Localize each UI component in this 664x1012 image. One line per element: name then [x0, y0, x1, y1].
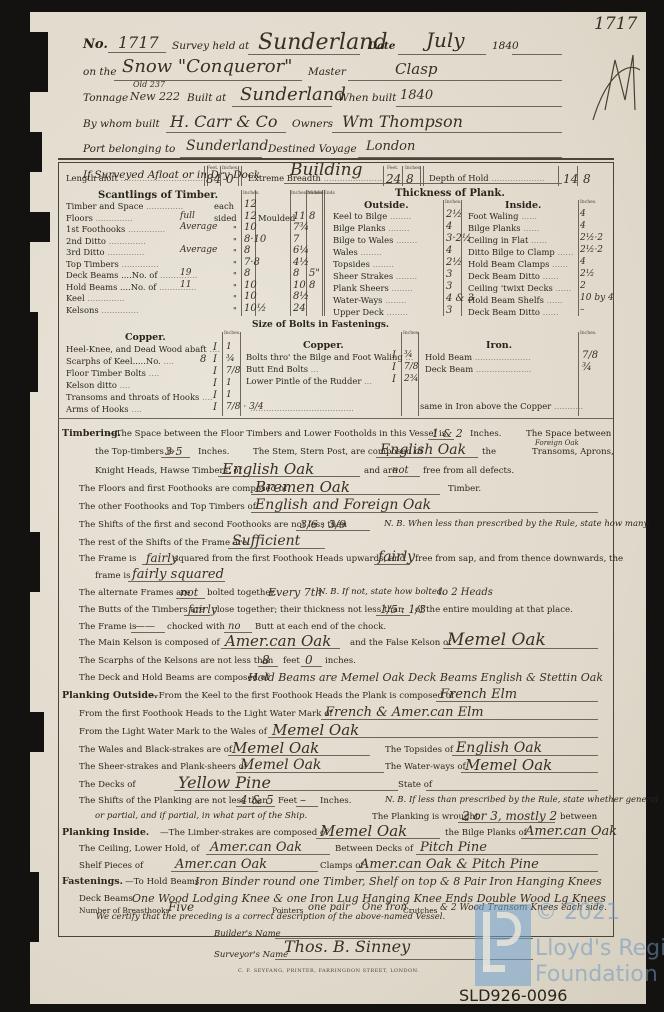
handwritten-entry: 3·5: [165, 445, 183, 458]
section-heading: Planking Inside.: [62, 827, 149, 838]
iron-bolt-row: Deck Beam .....................: [425, 364, 532, 374]
copper-bolt-size: 2¾: [404, 374, 418, 384]
plank-inside-row: Ceiling in Flat ......: [468, 235, 547, 245]
handwritten-entry: Bremen Oak: [255, 478, 350, 496]
port-label: Port belonging to: [83, 143, 175, 155]
handwritten-entry: Memel Oak: [240, 757, 321, 773]
iron-bolt-size: ¾: [582, 362, 592, 373]
form-label: State of: [398, 780, 432, 790]
form-label: Butt at each end of the chock.: [255, 622, 386, 632]
iron-bolt-row: Hold Beam .....................: [425, 352, 531, 362]
form-label: The Main Kelson is composed of: [79, 638, 220, 648]
handwritten-entry: Sufficient: [232, 533, 300, 549]
form-label: The Topsides of: [385, 745, 453, 755]
bolt-col-header: Inches.: [580, 331, 597, 336]
form-label: frame is: [95, 571, 131, 581]
iron-title: Iron.: [486, 340, 512, 351]
form-label: The Decks of: [79, 780, 136, 790]
scantling-mid: 6¼: [293, 245, 309, 256]
handwritten-entry: Amer.can Oak: [175, 857, 267, 872]
plank-outside-title: Outside.: [364, 200, 409, 211]
scantling-suffix: ": [233, 259, 237, 269]
form-label: The Water-ways of: [385, 762, 466, 772]
archive-reference: SLD926-0096: [459, 986, 567, 1005]
form-label: From the Light Water Mark to the Wales o…: [79, 727, 267, 737]
handwritten-entry: 2 or 3, mostly 2: [462, 809, 557, 823]
scantling-ends: 8: [309, 280, 315, 291]
scantling-note: Average: [180, 245, 217, 255]
copper-bolt-row: Kelson ditto ....: [66, 380, 130, 390]
handwritten-entry: Hold Beams are Memel Oak Deck Beams Engl…: [248, 671, 603, 684]
handwritten-entry: –: [300, 793, 306, 807]
form-note: N. B. If not, state how bolted.: [318, 587, 445, 597]
section-heading: Planking Outside.: [62, 690, 157, 701]
copper-mark: I: [213, 402, 217, 413]
extreme-breadth-label: Extreme Breadth ......................: [248, 173, 382, 183]
form-label: Shelf Pieces of: [79, 861, 143, 871]
extreme-breadth-inches: 8: [406, 172, 414, 186]
lr-logo: [475, 904, 531, 986]
plank-inside-value: 4: [580, 209, 586, 219]
handwritten-entry: 8: [262, 653, 270, 667]
scantling-row: Kelsons ..............: [66, 305, 139, 315]
when-built-value: 1840: [400, 88, 433, 103]
form-note: or partial, and if partial, in what part…: [95, 811, 307, 821]
scantling-note: 19: [180, 268, 191, 278]
scantling-sided: 7·8: [244, 257, 260, 268]
master-label: Master: [308, 66, 346, 78]
handwritten-entry: Memel Oak: [447, 630, 546, 650]
handwritten-entry: Every 7th: [268, 586, 322, 599]
form-label: bolted together.: [207, 588, 276, 598]
plank-inside-row: Ceiling 'twixt Decks ......: [468, 283, 571, 293]
scantling-note: full: [180, 211, 195, 221]
watermark-copyright: © 2021: [535, 900, 620, 925]
form-label: Inches.: [320, 796, 352, 806]
copper-mark: I: [392, 350, 396, 361]
plank-outside-value: 3: [446, 281, 452, 292]
form-label: and the False Kelson of: [350, 638, 451, 648]
plank-outside-row: Wales ........: [333, 247, 382, 257]
plank-outside-row: Bilge to Wales ........: [333, 235, 417, 245]
handwritten-entry: French Elm: [440, 687, 517, 702]
scantling-suffix: ": [233, 270, 237, 280]
plank-inside-row: Foot Waling ......: [468, 211, 537, 221]
form-label: From the first Foothook Heads to the Lig…: [79, 709, 333, 719]
copper-mark: I: [213, 390, 217, 401]
handwritten-entry: English Oak: [222, 460, 314, 478]
handwritten-entry: no: [228, 621, 240, 632]
form-label: between: [560, 812, 597, 822]
scantling-row: Timber and Space ..............: [66, 201, 183, 211]
copper-mark: I: [213, 342, 217, 353]
plank-inside-value: 10 by 4: [580, 293, 614, 303]
form-label: The other Foothooks and Top Timbers of: [79, 502, 256, 512]
copper-bolt-size: 1: [226, 390, 232, 400]
plank-inside-row: Deck Beam Ditto ......: [468, 307, 559, 317]
iron-note: same in Iron above the Copper ..........…: [420, 401, 583, 411]
form-label: the Top-timbers is: [95, 447, 174, 457]
copper-bolt-size: ¾: [404, 350, 413, 360]
copper-mark: I: [213, 366, 217, 377]
scantling-suffix: ": [233, 282, 237, 292]
owners-label: Owners: [292, 118, 333, 130]
corner-number: 1717: [594, 14, 637, 34]
form-label: Knight Heads, Hawse Timbers, of: [95, 466, 242, 476]
copper-mark: I: [213, 378, 217, 389]
copper-bolt-size: ¾: [226, 354, 235, 364]
plank-inside-value: –: [580, 305, 585, 315]
form-label: Between Decks of: [335, 844, 413, 854]
ends-col-header: Inches Ends: [307, 191, 335, 196]
torn-left-edge: [30, 12, 46, 992]
handwritten-entry: Amer.can Oak: [210, 840, 302, 855]
form-label: of the entire moulding at that place.: [415, 605, 573, 615]
handwritten-entry: Memel Oak: [232, 739, 319, 757]
copper-bolt-size: 7/8: [226, 366, 240, 376]
form-label: The Wales and Black-strakes are of: [79, 745, 232, 755]
copper-bolt-row: Floor Timber Bolts ....: [66, 368, 159, 378]
scantling-sided: 8·10: [244, 234, 266, 245]
handwritten-entry: 0: [305, 653, 313, 667]
handwritten-entry: fairly squared: [132, 567, 224, 582]
master-value: Clasp: [395, 60, 438, 78]
date-month: July: [426, 28, 465, 52]
plank-outside-value: 2½: [446, 209, 462, 220]
scantlings-title: Scantlings of Timber.: [98, 190, 218, 201]
form-label: The Ceiling, Lower Hold, of: [79, 844, 199, 854]
plank-col-header: Inches.: [580, 200, 597, 205]
plank-inside-value: 2: [580, 281, 586, 291]
handwritten-entry: Amer.can Oak: [225, 632, 331, 650]
copper-bolt-row: Transoms and throats of Hooks ....: [66, 392, 213, 402]
scantling-mid: 10: [293, 280, 306, 291]
form-label: The Space between: [526, 429, 611, 439]
no-label: No.: [83, 37, 108, 52]
moulded-label: Moulded: [258, 213, 295, 223]
depth-of-hold-feet: 14: [563, 172, 578, 186]
copper-right-title: Copper.: [303, 340, 344, 351]
scantling-sided: 10: [244, 280, 257, 291]
vessel-name: Snow "Conqueror": [122, 56, 292, 77]
plank-title: Thickness of Plank.: [395, 188, 505, 199]
handwritten-entry: Iron Binder round one Timber, Shelf on t…: [195, 875, 602, 888]
handwritten-entry: fairly: [378, 549, 415, 565]
voyage-label: Destined Voyage: [268, 143, 357, 155]
depth-of-hold-label: Depth of Hold ....................: [429, 173, 545, 183]
form-label: close together; their thickness not less…: [212, 605, 404, 615]
plank-inside-value: 4: [580, 221, 586, 231]
bolt-col-header: Inches.: [403, 331, 420, 336]
scantling-row: Hold Beams ....No. of ..............: [66, 282, 196, 292]
form-label: The Frame is: [79, 622, 136, 632]
scantling-row: 3rd Ditto ..............: [66, 247, 144, 257]
scantling-row: Keel ..............: [66, 293, 125, 303]
copper-bolt-row: Butt End Bolts ...: [246, 364, 319, 374]
form-label: The Butts of the Timbers are: [79, 605, 205, 615]
form-label: squared from the first Foothook Heads up…: [174, 554, 405, 564]
form-label: feet: [283, 656, 300, 666]
bolts-title: Size of Bolts in Fastenings.: [252, 320, 389, 330]
form-label: Inches.: [470, 429, 502, 439]
scantling-suffix: ": [233, 293, 237, 303]
scantling-ends: 5": [309, 268, 320, 279]
printer-imprint: C. F. SEYFANG, PRINTER, FARRINGDON STREE…: [238, 968, 419, 974]
plank-outside-value: 3: [446, 269, 452, 280]
scantling-sided: 8: [244, 245, 250, 256]
scantling-mid: 8: [293, 268, 299, 279]
built-at-value: Sunderland: [240, 84, 346, 105]
form-label: The Frame is: [79, 554, 136, 564]
scantling-sided: 8: [244, 268, 250, 279]
handwritten-note: Foreign Oak: [535, 439, 579, 447]
copper-bolt-size: 1: [226, 342, 232, 352]
copper-bolt-row: Arms of Hooks ....: [66, 404, 142, 414]
copper-left-title: Copper.: [125, 332, 166, 343]
form-label: chocked with: [167, 622, 225, 632]
form-label: Clamps of: [320, 861, 364, 871]
form-label: The alternate Frames are: [79, 588, 190, 598]
scantling-suffix: ": [233, 224, 237, 234]
plank-inside-value: 4: [580, 257, 586, 267]
scantling-note: Average: [180, 222, 217, 232]
handwritten-entry: English Oak: [380, 442, 466, 458]
plank-outside-value: 4: [446, 221, 452, 232]
form-note: N. B. If less than prescribed by the Rul…: [385, 795, 658, 805]
copper-bolt-row: Lower Pintle of the Rudder ...: [246, 376, 372, 386]
handwritten-entry: 1 & 2: [432, 427, 463, 440]
watermark-line1: Lloyd's Register: [535, 936, 664, 961]
plank-inside-value: 2½·2: [580, 233, 603, 243]
copper-bolt-row: Scarphs of Keel.....No. ....: [66, 356, 174, 366]
handwritten-entry: Memel Oak: [272, 721, 359, 739]
date-year: 1840: [492, 40, 519, 52]
plank-inside-row: Deck Beam Ditto ......: [468, 271, 559, 281]
plank-col-header: Inches.: [445, 200, 462, 205]
sided-col-header: Inches.: [243, 191, 260, 196]
watermark-line2: Foundation: [535, 962, 658, 987]
builder-name-label: Builder's Name: [214, 929, 281, 939]
plank-inside-title: Inside.: [505, 200, 541, 211]
form-label: the Bilge Planks of: [445, 828, 527, 838]
length-aloft-label: Length aloft ...........................…: [66, 173, 203, 183]
scantling-mid: 7¾: [293, 222, 309, 233]
scantling-mid: 4½: [293, 257, 309, 268]
form-label: Transoms, Aprons,: [532, 447, 614, 457]
form-note: N. B. When less than prescribed by the R…: [384, 519, 650, 529]
scantling-note: 11: [180, 280, 191, 290]
copper-mark: I: [392, 362, 396, 373]
handwritten-entry: ——: [135, 621, 155, 632]
scantling-row: Floors ..............: [66, 213, 133, 223]
built-at-label: Built at: [187, 92, 226, 104]
by-whom-built-label: By whom built: [83, 118, 160, 130]
scantling-row: 1st Foothooks ..............: [66, 224, 165, 234]
depth-of-hold-inches: 8: [583, 172, 591, 186]
tonnage-label: Tonnage: [83, 92, 128, 104]
form-label: Deck Beams: [79, 894, 133, 904]
handwritten-entry: Yellow Pine: [178, 773, 271, 792]
plank-outside-value: 3: [446, 305, 452, 316]
extreme-breadth-feet: 24: [386, 172, 401, 186]
scantling-mid: 11: [293, 211, 306, 222]
iron-bolt-size: 7/8: [582, 350, 598, 361]
plank-inside-value: 2½·2: [580, 245, 603, 255]
on-the-label: on the: [83, 66, 117, 78]
plank-inside-row: Ditto Bilge to Clamp ......: [468, 247, 573, 257]
handwritten-entry: Memel Oak: [465, 756, 552, 774]
copper-bolt-size: 1: [226, 378, 232, 388]
when-built-label: When built: [338, 92, 396, 104]
form-label: —The Space between the Floor Timbers and…: [107, 429, 446, 439]
bolt-col-header: Inches.: [224, 331, 241, 336]
plank-outside-value: 2½: [446, 257, 462, 268]
form-label: Inches.: [198, 447, 230, 457]
handwritten-entry: to 2 Heads: [438, 587, 493, 598]
scantling-ends: 8: [309, 211, 315, 222]
scantling-row: Top Timbers ..............: [66, 259, 159, 269]
scantling-sided: 10½: [244, 303, 266, 314]
form-label: The rest of the Shifts of the Frame are: [79, 538, 247, 548]
section-heading: Fastenings.: [62, 876, 123, 887]
form-label: —The Limber-strakes are composed of: [160, 828, 328, 838]
handwritten-entry: Pitch Pine: [420, 840, 487, 855]
plank-outside-row: Plank Sheers ........: [333, 283, 413, 293]
handwritten-entry: French & Amer.can Elm: [325, 705, 484, 720]
copper-bolt-row: Heel-Knee, and Dead Wood abaft ....: [66, 344, 220, 354]
handwritten-entry: not: [180, 586, 198, 599]
scantling-suffix: sided: [214, 213, 237, 223]
owners-value: Wm Thompson: [342, 112, 463, 131]
form-label: —From the Keel to the first Foothook Hea…: [150, 691, 454, 701]
plank-outside-row: Water-Ways ........: [333, 295, 406, 305]
handwritten-entry: Memel Oak: [320, 822, 407, 840]
plank-outside-row: Keel to Bilge ........: [333, 211, 411, 221]
surveyor-signature: Thos. B. Sinney: [284, 937, 410, 956]
scantling-mid: 7: [293, 234, 299, 245]
scantling-suffix: ": [233, 236, 237, 246]
form-label: free from sap, and from thence downwards…: [415, 554, 623, 564]
form-label: free from all defects.: [423, 466, 514, 476]
plank-inside-row: Hold Beam Clamps ......: [468, 259, 568, 269]
length-aloft-feet: 84: [206, 172, 221, 186]
plank-outside-row: Upper Deck ........: [333, 307, 408, 317]
scantling-sided: 12: [244, 199, 257, 210]
scantling-row: Deck Beams ....No. of ..............: [66, 270, 197, 280]
scantling-sided: 12: [244, 211, 257, 222]
form-label: the: [482, 447, 496, 457]
plank-outside-row: Bilge Planks ........: [333, 223, 410, 233]
copper-bolt-size: 7/8: [404, 362, 418, 372]
scantling-sided: 10: [244, 222, 257, 233]
handwritten-entry: 3/6 : 3/9: [300, 518, 346, 531]
scantling-suffix: ": [233, 247, 237, 257]
scantling-row: 2nd Ditto ..............: [66, 236, 146, 246]
handwritten-entry: Amer.can Oak: [525, 824, 617, 839]
plank-outside-value: 4: [446, 245, 452, 256]
copper-mark: I: [213, 354, 217, 365]
scantling-sided: 10: [244, 291, 257, 302]
plank-inside-value: 2½: [580, 269, 594, 279]
form-label: —To Hold Beams: [125, 877, 199, 887]
survey-number: 1717: [118, 33, 159, 52]
form-label: Feet: [278, 796, 297, 806]
form-label: Timber.: [448, 484, 481, 494]
scantling-mid: 8½: [293, 291, 309, 302]
handwritten-entry: not: [392, 465, 408, 476]
form-label: The Deck and Hold Beams are composed of: [79, 673, 269, 683]
tonnage-old: Old 237: [133, 80, 165, 89]
tonnage-new: New 222: [130, 90, 180, 103]
voyage-value: London: [366, 139, 415, 154]
handwritten-entry: Amer.can Oak & Pitch Pine: [360, 857, 539, 872]
scantling-mid: 24: [293, 303, 306, 314]
scantling-suffix: ": [233, 305, 237, 315]
survey-held-at-label: Survey held at: [172, 40, 249, 52]
scantling-suffix: each: [214, 201, 234, 211]
handwritten-entry: English Oak: [456, 740, 542, 756]
copper-mark: I: [392, 374, 396, 385]
surveyor-initials-mark: [585, 40, 645, 130]
plank-outside-row: Topsides ........: [333, 259, 394, 269]
date-label: Date: [368, 40, 395, 52]
plank-outside-row: Sheer Strakes ........: [333, 271, 417, 281]
certify-text: We certify that the preceding is a corre…: [96, 912, 445, 922]
handwritten-entry: English and Foreign Oak: [255, 497, 431, 513]
form-label: The Sheer-strakes and Plank-sheers of: [79, 762, 247, 772]
copper-bolt-row: Bolts thro' the Bilge and Foot Waling ..…: [246, 352, 413, 362]
port-value: Sunderland: [186, 138, 268, 154]
builder-value: H. Carr & Co: [170, 112, 278, 131]
plank-inside-row: Hold Beam Shelfs ......: [468, 295, 563, 305]
form-label: The Scarphs of the Kelsons are not less …: [79, 656, 273, 666]
handwritten-entry: 4 & 5: [240, 793, 274, 807]
scarph-count: 8: [200, 354, 206, 365]
plank-inside-row: Bilge Planks ......: [468, 223, 539, 233]
form-label: inches.: [325, 656, 356, 666]
length-aloft-inches: 0: [226, 172, 234, 186]
